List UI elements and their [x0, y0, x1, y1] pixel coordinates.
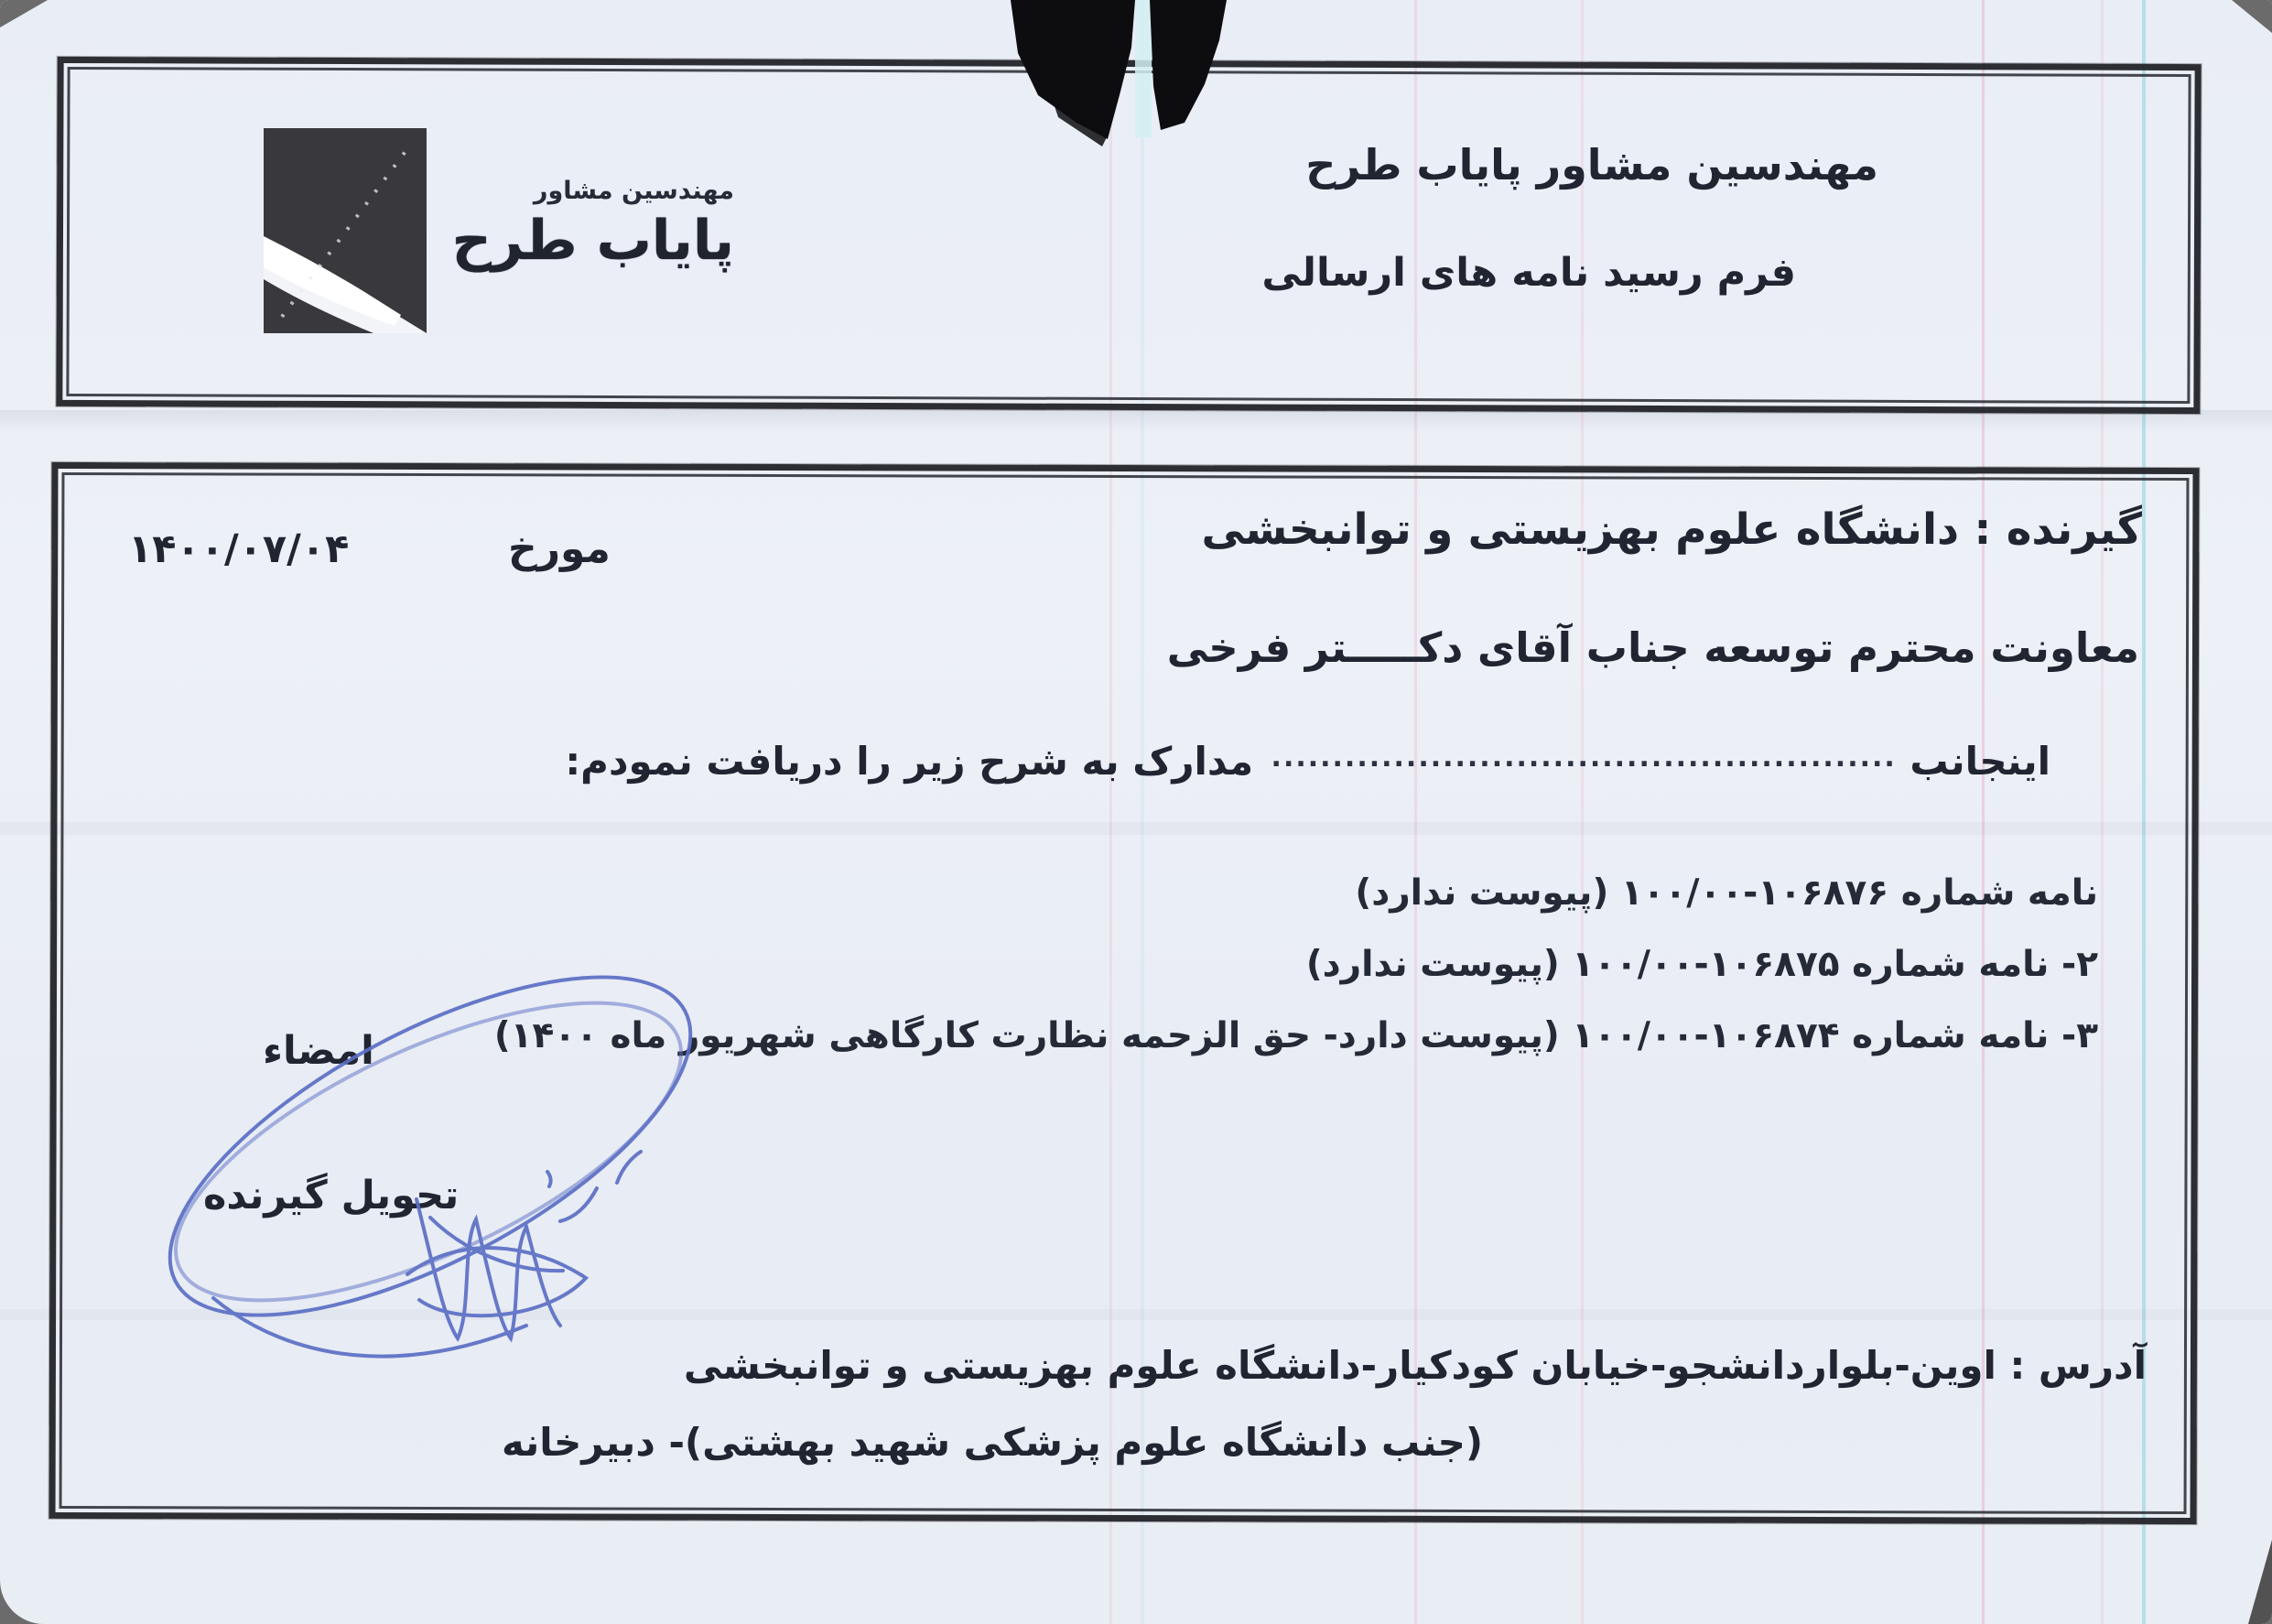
- dotted-blank: ........................................…: [1267, 741, 1897, 775]
- date-value: ۱۴۰۰/۰۷/۰۴: [128, 525, 349, 575]
- address-line-2: (جنب دانشگاه علوم پزشکی شهید بهشتی)- دبی…: [502, 1419, 1483, 1467]
- header-company-line: مهندسین مشاور پایاب طرح: [1305, 139, 1878, 192]
- receiver-line: گیرنده : دانشگاه علوم بهزیستی و توانبخشی: [1201, 503, 2142, 558]
- signature-label: امضاء: [263, 1027, 374, 1077]
- list-item: ۲- نامه شماره ۱۰۶۸۷۵-۱۰۰/۰۰ (پیوست ندارد…: [1306, 943, 2098, 988]
- address-line-1: آدرس : اوین-بلواردانشجو-خیابان کودکیار-د…: [684, 1342, 2147, 1391]
- logo-text-small: مهندسین مشاور: [458, 176, 734, 207]
- crease: [0, 410, 2272, 432]
- logo-text-large: پایاب طرح: [428, 207, 734, 276]
- list-item: نامه شماره ۱۰۶۸۷۶-۱۰۰/۰۰ (پیوست ندارد): [1355, 872, 2098, 916]
- header-box-frame: [56, 57, 2201, 414]
- received-clause: مدارک به شرح زیر را دریافت نمودم:: [565, 739, 1253, 784]
- corner-tear: [2248, 1540, 2272, 1624]
- undersigned-label: اینجانب: [1910, 739, 2050, 784]
- header-form-title: فرم رسید نامه های ارسالی: [1261, 249, 1796, 298]
- receiver-sign-label: تحویل گیرنده: [203, 1172, 459, 1221]
- undersigned-row: اینجانب ................................…: [565, 738, 2050, 786]
- corner-tear: [2232, 0, 2272, 33]
- addressee-line: معاونت محترم توسعه جناب آقای دکـــــتر ف…: [1167, 623, 2139, 674]
- corner-tear: [0, 0, 48, 27]
- scanned-paper: مهندسین مشاور پایاب طرح مهندسین مشاور پا…: [0, 0, 2272, 1624]
- list-item: ۳- نامه شماره ۱۰۶۸۷۴-۱۰۰/۰۰ (پیوست دارد-…: [494, 1014, 2098, 1059]
- date-label: مورخ: [508, 524, 611, 574]
